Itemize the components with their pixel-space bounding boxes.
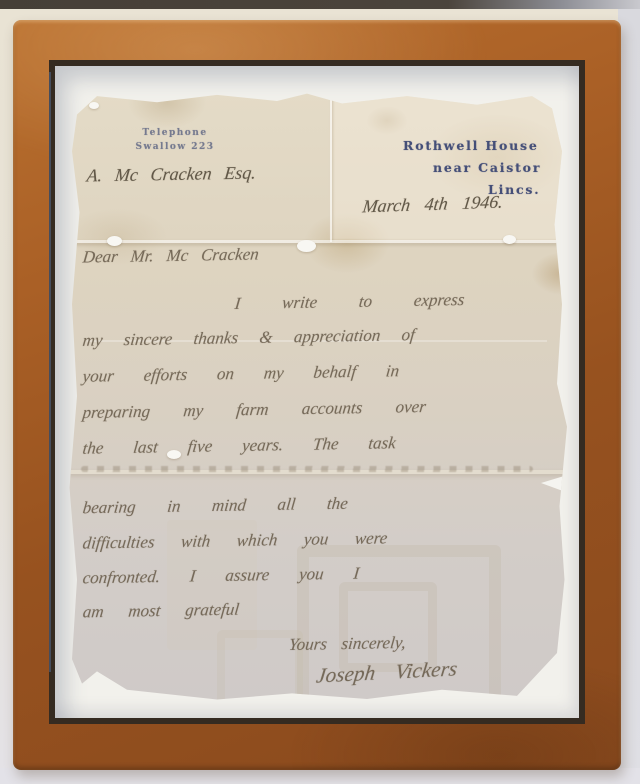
salutation-line: Dear Mr. Mc Cracken bbox=[82, 244, 260, 267]
horizontal-fold-upper bbox=[67, 240, 567, 243]
tear-spot bbox=[297, 240, 316, 252]
tear-spot bbox=[503, 235, 516, 244]
body-line: preparing my farm accounts over bbox=[82, 397, 427, 423]
body-line: the last five years. The task bbox=[82, 433, 397, 458]
letterhead-locality: near Caistor bbox=[433, 160, 541, 175]
wall-right bbox=[618, 9, 640, 784]
body-line: my sincere thanks & appreciation of bbox=[82, 325, 416, 351]
letterhead-house-name: Rothwell House bbox=[403, 138, 539, 153]
telephone-letterhead: Telephone Swallow 223 bbox=[110, 126, 240, 154]
letter-paper: Telephone Swallow 223 Rothwell House nea… bbox=[67, 90, 567, 702]
body-line: I write to express bbox=[234, 290, 466, 314]
illegible-fold-damaged-line bbox=[81, 466, 533, 472]
wall-top-dark-strip bbox=[0, 0, 640, 9]
body-line: bearing in mind all the bbox=[82, 494, 349, 519]
closing-line: Yours sincerely, bbox=[288, 633, 407, 655]
tear-spot bbox=[89, 102, 99, 109]
vertical-tear-seam bbox=[330, 94, 332, 242]
wooden-picture-frame: Telephone Swallow 223 Rothwell House nea… bbox=[13, 20, 621, 770]
body-line: am most grateful bbox=[82, 600, 240, 623]
torn-edge-notch bbox=[541, 474, 571, 494]
wall-bottom bbox=[0, 768, 640, 784]
white-mat: Telephone Swallow 223 Rothwell House nea… bbox=[55, 66, 579, 718]
tear-spot bbox=[107, 236, 122, 246]
frame-inner-lip-highlight bbox=[49, 72, 51, 672]
telephone-label: Telephone bbox=[110, 126, 240, 140]
recipient-line: A. Mc Cracken Esq. bbox=[86, 163, 257, 187]
body-line: your efforts on my behalf in bbox=[82, 361, 401, 387]
telephone-number: Swallow 223 bbox=[110, 140, 240, 154]
photo-of-framed-letter: Telephone Swallow 223 Rothwell House nea… bbox=[0, 0, 640, 784]
